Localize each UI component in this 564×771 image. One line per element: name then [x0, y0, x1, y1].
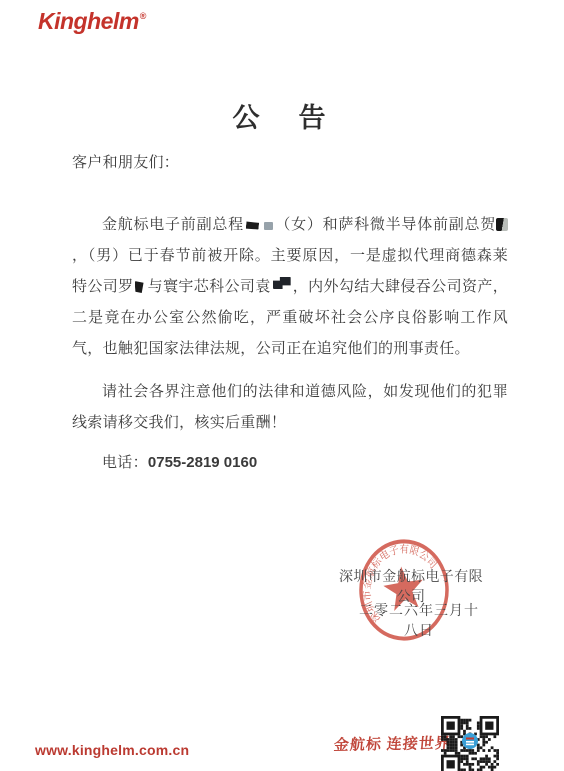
- announcement-body: 客户和朋友们： 金航标电子前副总程（女）和萨科微半导体前副总贺，（男）已于春节前…: [72, 148, 508, 479]
- paragraph-1-text: （女）和萨科微半导体前副总贺: [275, 217, 496, 233]
- footer-slogan: 金航标 连接世界: [333, 732, 445, 755]
- phone-line: 电话：0755-2819 0160: [72, 447, 508, 479]
- kinghelm-logo: Kinghelm®: [38, 8, 146, 35]
- redaction-mark: [273, 277, 291, 289]
- redaction-mark: [264, 222, 273, 230]
- redaction-mark: [245, 219, 259, 230]
- paragraph-1-text: 金航标电子前副总程: [102, 217, 244, 233]
- redaction-mark: [496, 218, 508, 231]
- phone-label: 电话：: [102, 455, 148, 471]
- website-url: www.kinghelm.com.cn: [35, 742, 189, 758]
- qr-code: [441, 716, 499, 771]
- registered-trademark-icon: ®: [140, 11, 146, 21]
- paragraph-1: 金航标电子前副总程（女）和萨科微半导体前副总贺，（男）已于春节前被开除。主要原因…: [72, 210, 508, 365]
- signature-date: 二零二六年三月十八日: [353, 600, 485, 640]
- phone-number: 0755-2819 0160: [148, 454, 257, 471]
- salutation: 客户和朋友们：: [72, 148, 508, 179]
- page-title: 公 告: [0, 96, 564, 135]
- logo-text: Kinghelm: [38, 8, 139, 34]
- paragraph-1-text: 与寰宇芯科公司袁: [148, 279, 271, 295]
- redaction-mark: [135, 281, 144, 293]
- qr-code-image: [441, 716, 499, 771]
- paragraph-2: 请社会各界注意他们的法律和道德风险，如发现他们的犯罪线索请移交我们，核实后重酬！: [72, 377, 508, 439]
- document-page: Kinghelm® 公 告 客户和朋友们： 金航标电子前副总程（女）和萨科微半导…: [0, 0, 564, 771]
